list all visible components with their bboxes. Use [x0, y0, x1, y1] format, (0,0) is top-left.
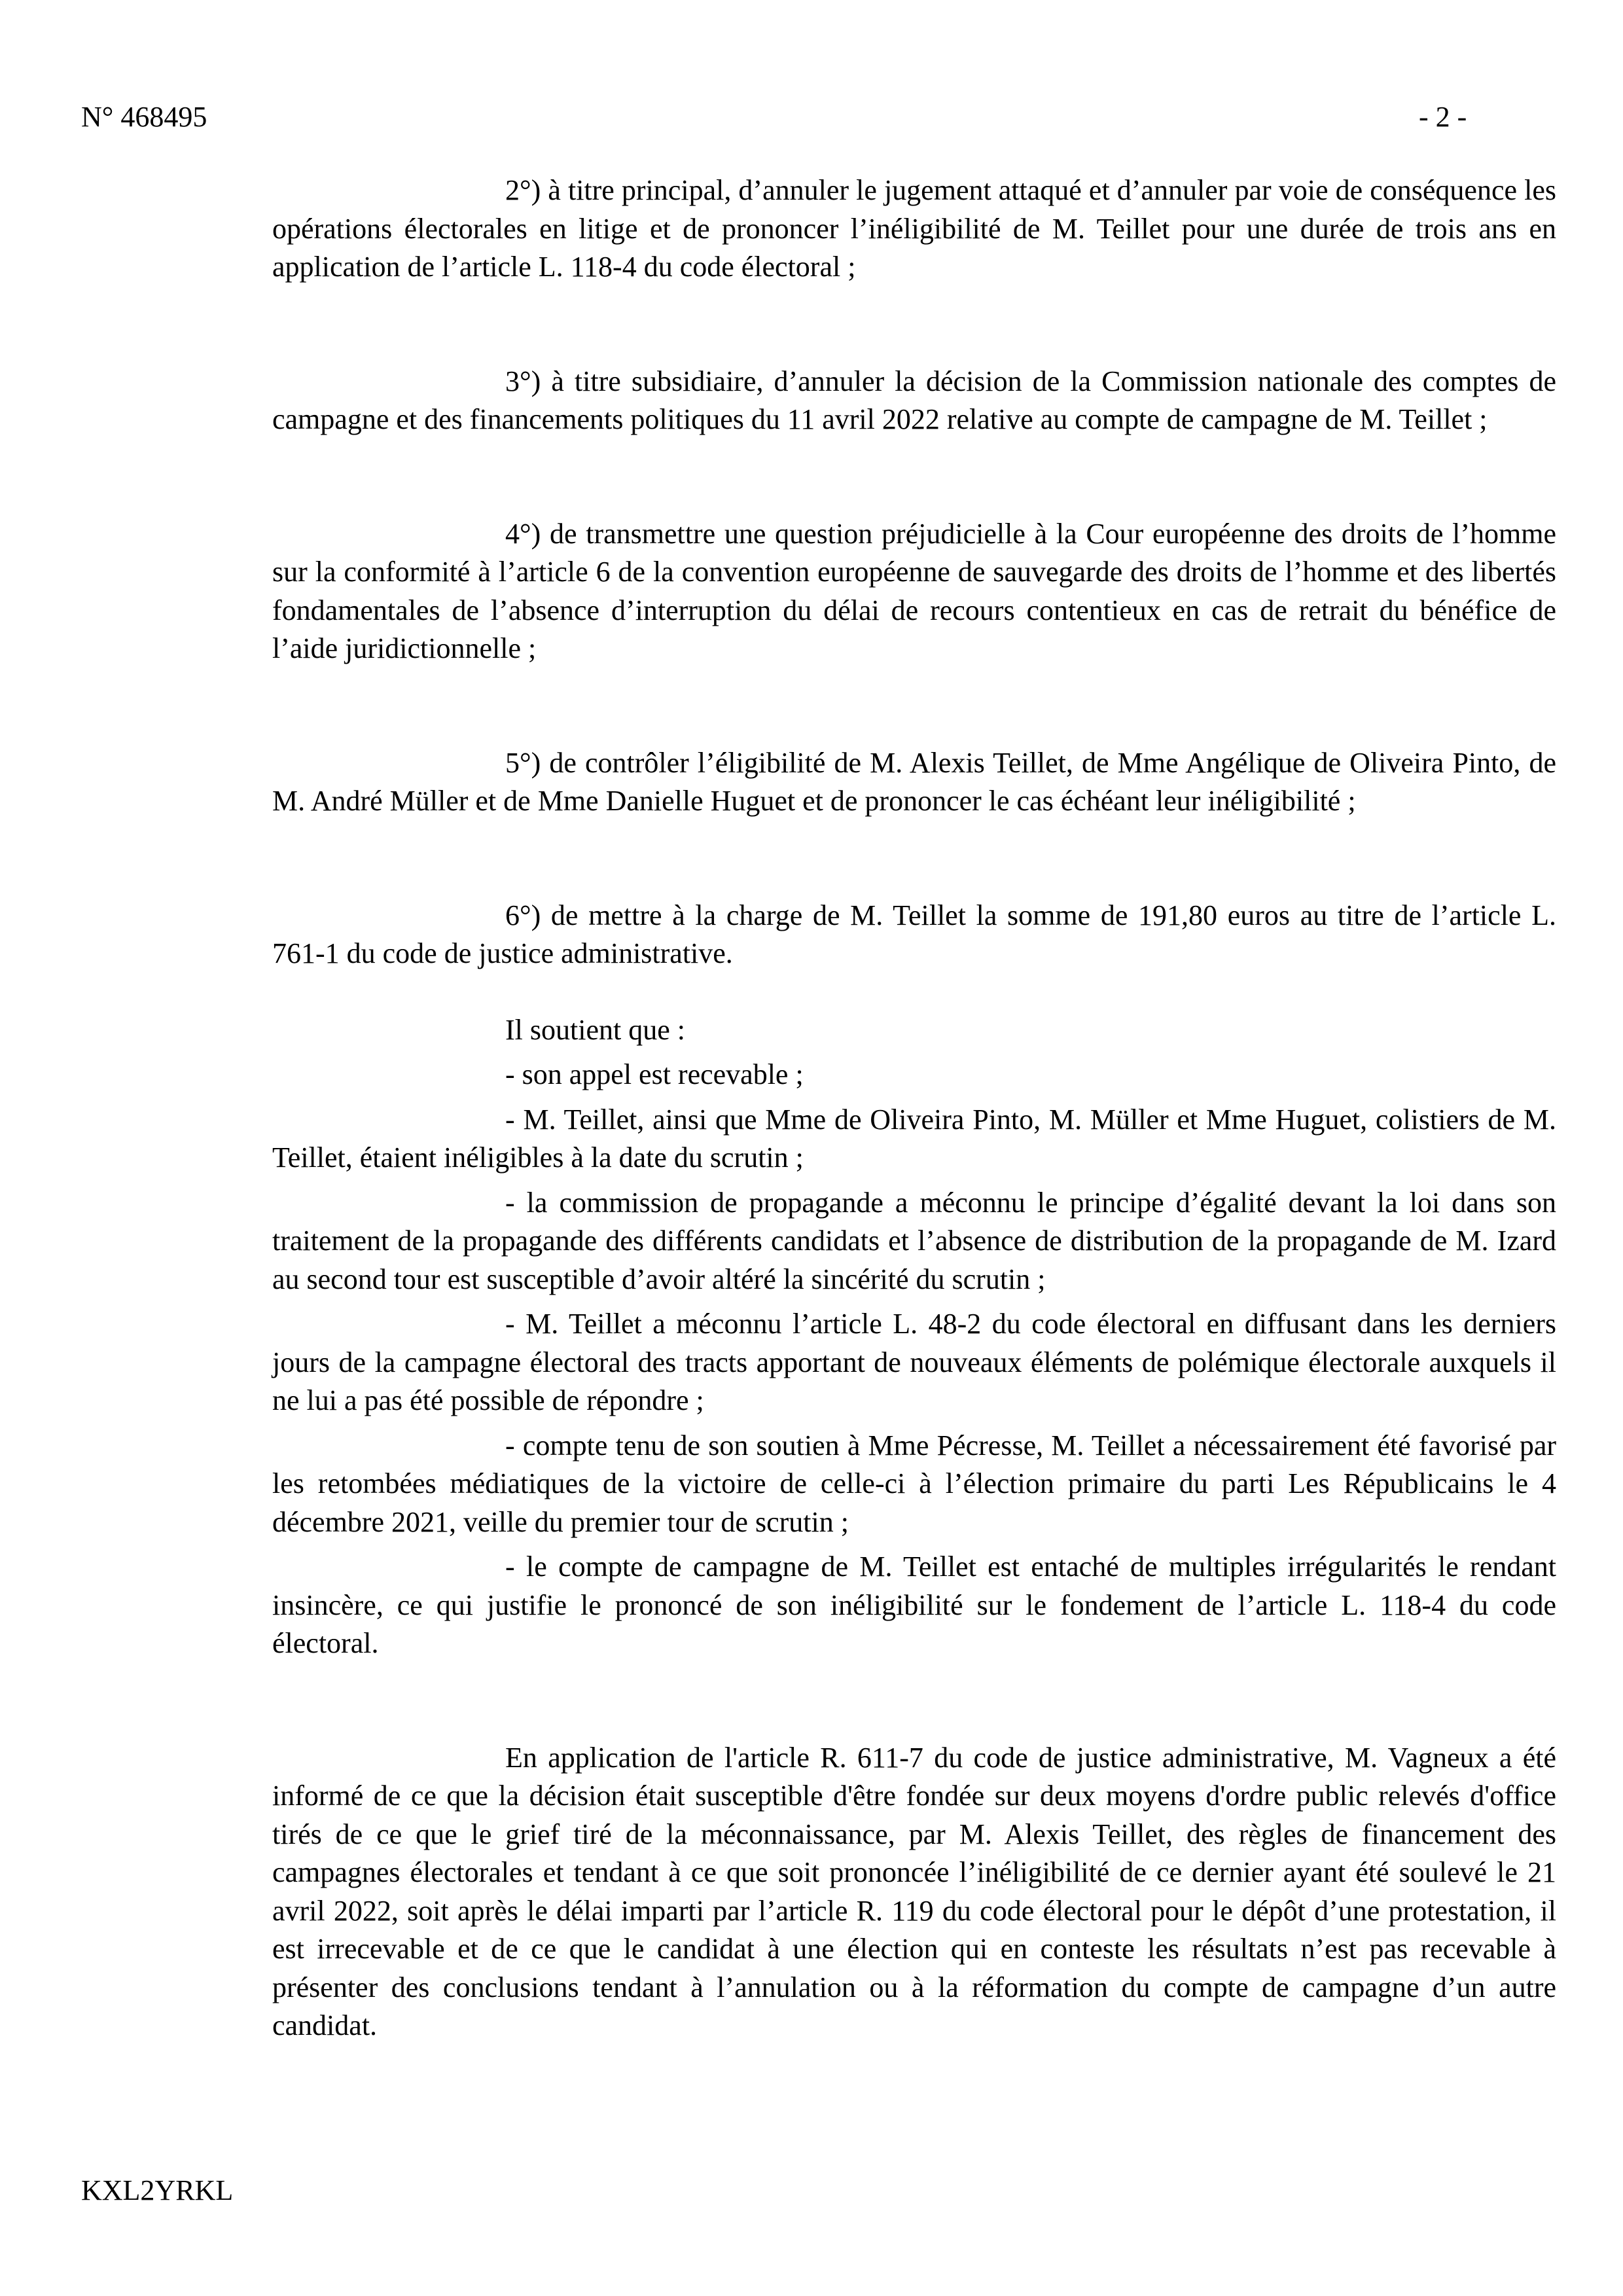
document-body: 2°) à titre principal, d’annuler le juge… [272, 171, 1556, 2045]
argument-item: - le compte de campagne de M. Teillet es… [272, 1548, 1556, 1663]
argument-item: - la commission de propagande a méconnu … [272, 1184, 1556, 1299]
conclusion-2: 2°) à titre principal, d’annuler le juge… [272, 171, 1556, 287]
argument-item: - M. Teillet, ainsi que Mme de Oliveira … [272, 1101, 1556, 1177]
arguments-intro: Il soutient que : [272, 1011, 1556, 1050]
conclusion-3: 3°) à titre subsidiaire, d’annuler la dé… [272, 363, 1556, 439]
argument-item: - compte tenu de son soutien à Mme Pécre… [272, 1427, 1556, 1542]
conclusion-4: 4°) de transmettre une question préjudic… [272, 515, 1556, 668]
document-code: KXL2YRKL [81, 2172, 233, 2210]
argument-item: - son appel est recevable ; [272, 1056, 1556, 1094]
ordre-public-notice: En application de l'article R. 611-7 du … [272, 1739, 1556, 2045]
case-number: N° 468495 [81, 98, 207, 136]
conclusion-6: 6°) de mettre à la charge de M. Teillet … [272, 897, 1556, 973]
conclusion-5: 5°) de contrôler l’éligibilité de M. Ale… [272, 744, 1556, 821]
argument-item: - M. Teillet a méconnu l’article L. 48-2… [272, 1305, 1556, 1420]
page-number: - 2 - [1419, 98, 1467, 136]
